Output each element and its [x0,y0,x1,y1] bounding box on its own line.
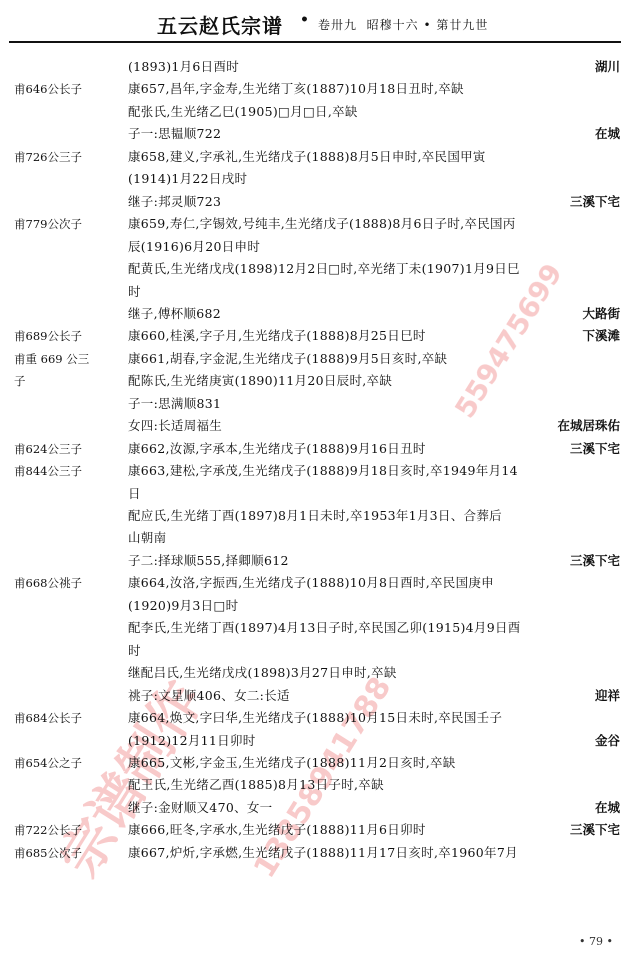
entry-line: 子二:择球顺555,择卿顺612三溪下宅 [0,550,635,572]
entry-line: 甫689公长子康660,桂溪,字子月,生光绪戊子(1888)8月25日巳时下溪滩 [0,325,635,347]
book-title: 五云赵氏宗谱 [157,10,283,39]
entry-text: 配张氏,生光绪乙巳(1905)□月□日,卒缺 [128,101,358,123]
entry-text: 康661,胡春,字金泥,生光绪戊子(1888)9月5日亥时,卒缺 [128,348,447,370]
entry-text: 康658,建义,字承礼,生光绪戊子(1888)8月5日申时,卒民国甲寅 [128,146,486,168]
entry-text: (1920)9月3日□时 [128,595,238,617]
entry-text: (1914)1月22日戌时 [128,168,247,190]
residence-place: 湖川 [595,56,620,78]
entry-text: 时 [128,640,141,662]
entry-text: 康663,建松,字承茂,生光绪戊子(1888)9月18日亥时,卒1949年月14 [128,460,518,482]
lineage-label: 甫684公长子 [14,707,82,729]
residence-place: 迎祥 [595,685,620,707]
entry-line: 子一:思韫顺722在城 [0,123,635,145]
entry-text: 康662,汝源,字承本,生光绪戊子(1888)9月16日丑时 [128,438,426,460]
entry-text: 子一:思韫顺722 [128,123,221,145]
entry-line: 甫684公长子康664,焕文,字曰华,生光绪戊子(1888)10月15日未时,卒… [0,707,635,729]
page-header: 五云赵氏宗谱 • 卷卅九 昭穆十六 • 第廿九世 [0,0,635,44]
entry-line: 子配陈氏,生光绪庚寅(1890)11月20日辰时,卒缺 [0,370,635,392]
entry-line: 甫654公之子康665,文彬,字金玉,生光绪戊子(1888)11月2日亥时,卒缺 [0,752,635,774]
entry-text: 继子:邦灵顺723 [128,191,221,213]
residence-place: 大路街 [582,303,620,325]
page-number: • 79 • [579,935,613,948]
entry-text: 山朝南 [128,527,166,549]
lineage-label: 甫779公次子 [14,213,82,235]
entry-line: 继配吕氏,生光绪戊戌(1898)3月27日申时,卒缺 [0,662,635,684]
entry-text: 继配吕氏,生光绪戊戌(1898)3月27日申时,卒缺 [128,662,397,684]
title-separator-dot: • [300,12,309,28]
entry-line: 甫646公长子康657,昌年,字金寿,生光绪丁亥(1887)10月18日丑时,卒… [0,78,635,100]
volume-generation-subtitle: 卷卅九 昭穆十六 • 第廿九世 [318,16,488,33]
residence-place: 三溪下宅 [570,191,620,213]
entry-text: 辰(1916)6月20日申时 [128,236,260,258]
entry-text: 康660,桂溪,字子月,生光绪戊子(1888)8月25日巳时 [128,325,426,347]
lineage-label: 甫654公之子 [14,752,82,774]
entry-line: 继子,傅杯顺682大路街 [0,303,635,325]
entry-line: 配张氏,生光绪乙巳(1905)□月□日,卒缺 [0,101,635,123]
entry-line: 时 [0,281,635,303]
residence-place: 在城居珠佑 [557,415,620,437]
entry-line: (1920)9月3日□时 [0,595,635,617]
entry-line: 甫722公长子康666,旺冬,字承水,生光绪戊子(1888)11月6日卯时三溪下… [0,819,635,841]
residence-place: 金谷 [595,730,620,752]
entry-line: 日 [0,483,635,505]
entry-line: 辰(1916)6月20日申时 [0,236,635,258]
lineage-label: 甫689公长子 [14,325,82,347]
entry-text: 配李氏,生光绪丁酉(1897)4月13日子时,卒民国乙卯(1915)4月9日酉 [128,617,521,639]
lineage-label: 甫844公三子 [14,460,82,482]
residence-place: 下溪滩 [582,325,620,347]
entry-line: (1893)1月6日酉时湖川 [0,56,635,78]
entry-text: 女四:长适周福生 [128,415,222,437]
entry-text: 康657,昌年,字金寿,生光绪丁亥(1887)10月18日丑时,卒缺 [128,78,464,100]
residence-place: 在城 [595,797,620,819]
entry-line: 甫668公祧子康664,汝洛,字振西,生光绪戊子(1888)10月8日酉时,卒民… [0,572,635,594]
entry-line: (1912)12月11日卯时金谷 [0,730,635,752]
entry-line: 配王氏,生光绪乙酉(1885)8月13日子时,卒缺 [0,774,635,796]
entry-line: 甫624公三子康662,汝源,字承本,生光绪戊子(1888)9月16日丑时三溪下… [0,438,635,460]
entry-text: 继子:金财顺又470、女一 [128,797,272,819]
entry-line: 配黄氏,生光绪戊戌(1898)12月2日□时,卒光绪丁未(1907)1月9日巳 [0,258,635,280]
entry-text: (1912)12月11日卯时 [128,730,256,752]
entry-text: 配应氏,生光绪丁酉(1897)8月1日未时,卒1953年1月3日、合葬后 [128,505,502,527]
entry-line: 祧子:文星顺406、女二:长适迎祥 [0,685,635,707]
residence-place: 三溪下宅 [570,819,620,841]
entry-text: 子二:择球顺555,择卿顺612 [128,550,289,572]
lineage-label: 甫重 669 公三 [14,348,89,370]
lineage-label: 甫646公长子 [14,78,82,100]
lineage-label: 甫726公三子 [14,146,82,168]
entry-text: 继子,傅杯顺682 [128,303,221,325]
entry-line: 甫685公次子康667,炉炘,字承燃,生光绪戊子(1888)11月17日亥时,卒… [0,842,635,864]
entry-text: 配王氏,生光绪乙酉(1885)8月13日子时,卒缺 [128,774,384,796]
entry-text: 配黄氏,生光绪戊戌(1898)12月2日□时,卒光绪丁未(1907)1月9日巳 [128,258,520,280]
entry-line: (1914)1月22日戌时 [0,168,635,190]
entry-line: 配李氏,生光绪丁酉(1897)4月13日子时,卒民国乙卯(1915)4月9日酉 [0,617,635,639]
lineage-label: 子 [14,370,26,392]
entry-line: 继子:金财顺又470、女一在城 [0,797,635,819]
lineage-label: 甫624公三子 [14,438,82,460]
entry-line: 配应氏,生光绪丁酉(1897)8月1日未时,卒1953年1月3日、合葬后 [0,505,635,527]
entry-line: 女四:长适周福生在城居珠佑 [0,415,635,437]
entry-text: 时 [128,281,141,303]
entry-line: 甫779公次子康659,寿仁,字锡效,号纯丰,生光绪戊子(1888)8月6日子时… [0,213,635,235]
residence-place: 在城 [595,123,620,145]
entry-line: 山朝南 [0,527,635,549]
entry-text: 康664,汝洛,字振西,生光绪戊子(1888)10月8日酉时,卒民国庚申 [128,572,494,594]
entry-line: 时 [0,640,635,662]
entry-text: 康659,寿仁,字锡效,号纯丰,生光绪戊子(1888)8月6日子时,卒民国丙 [128,213,516,235]
lineage-label: 甫685公次子 [14,842,82,864]
entry-text: 康666,旺冬,字承水,生光绪戊子(1888)11月6日卯时 [128,819,426,841]
lineage-label: 甫668公祧子 [14,572,82,594]
lineage-label: 甫722公长子 [14,819,82,841]
entry-text: 祧子:文星顺406、女二:长适 [128,685,290,707]
entry-line: 甫重 669 公三康661,胡春,字金泥,生光绪戊子(1888)9月5日亥时,卒… [0,348,635,370]
entry-text: (1893)1月6日酉时 [128,56,239,78]
entry-line: 继子:邦灵顺723三溪下宅 [0,191,635,213]
entry-text: 康665,文彬,字金玉,生光绪戊子(1888)11月2日亥时,卒缺 [128,752,456,774]
entry-text: 子一:思满顺831 [128,393,221,415]
entry-text: 康664,焕文,字曰华,生光绪戊子(1888)10月15日未时,卒民国壬子 [128,707,502,729]
entry-text: 配陈氏,生光绪庚寅(1890)11月20日辰时,卒缺 [128,370,392,392]
entry-line: 子一:思满顺831 [0,393,635,415]
entry-line: 甫726公三子康658,建义,字承礼,生光绪戊子(1888)8月5日申时,卒民国… [0,146,635,168]
entry-line: 甫844公三子康663,建松,字承茂,生光绪戊子(1888)9月18日亥时,卒1… [0,460,635,482]
residence-place: 三溪下宅 [570,550,620,572]
entry-text: 日 [128,483,141,505]
header-rule [9,41,621,43]
residence-place: 三溪下宅 [570,438,620,460]
entry-text: 康667,炉炘,字承燃,生光绪戊子(1888)11月17日亥时,卒1960年7月 [128,842,518,864]
